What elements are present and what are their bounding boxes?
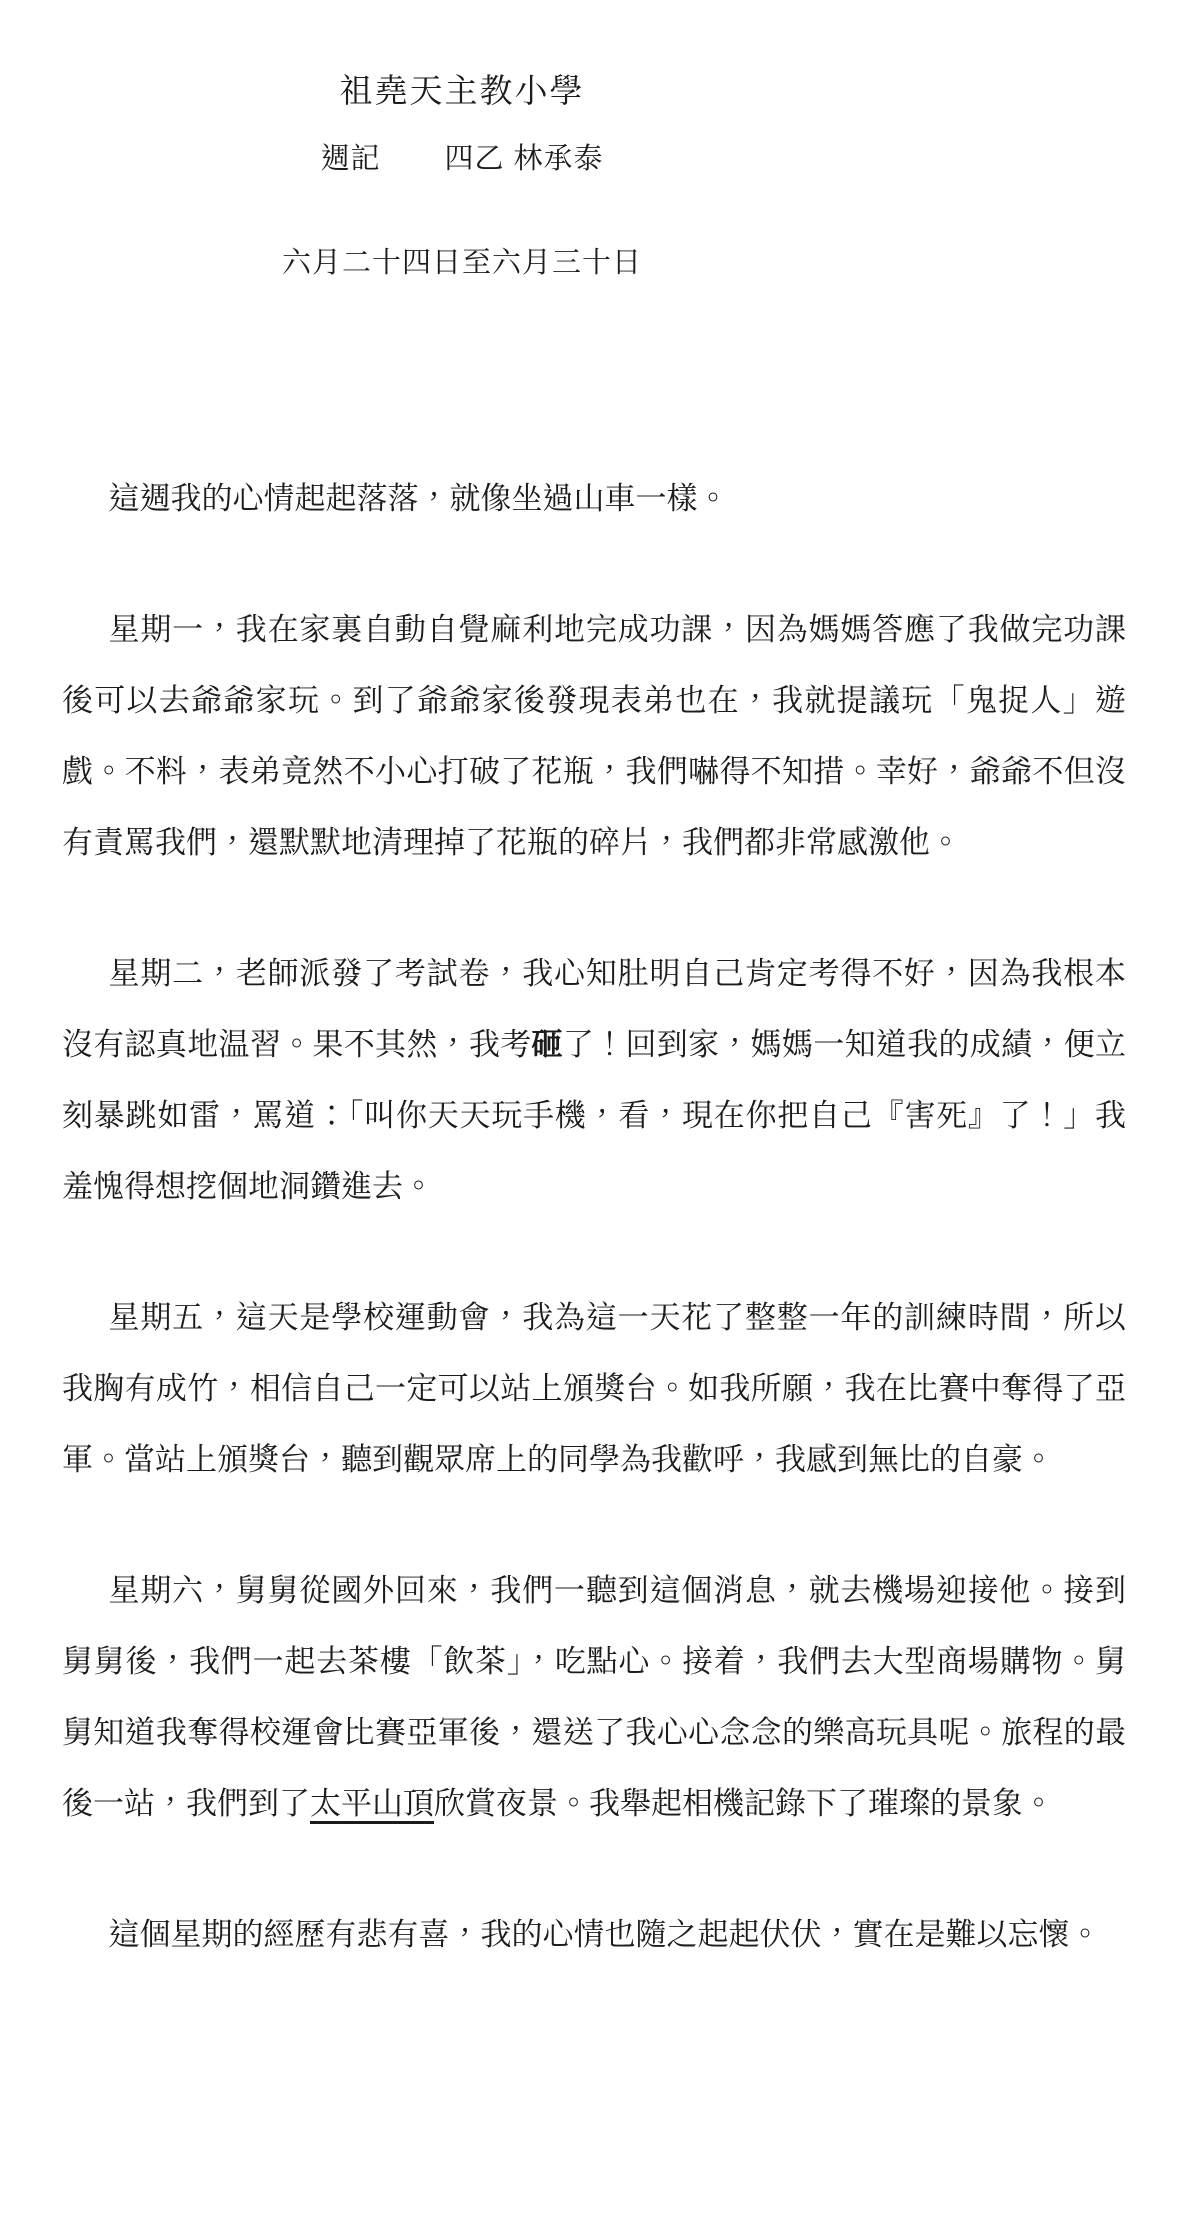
text-segment-underline: 太平山頂 — [310, 1786, 434, 1821]
journal-type-label: 週記 — [320, 141, 380, 179]
school-title: 祖堯天主教小學 — [62, 70, 862, 111]
text-segment: 這週我的心情起起落落，就像坐過山車一樣。 — [109, 481, 729, 516]
paragraph: 這週我的心情起起落落，就像坐過山車一樣。 — [62, 463, 1126, 534]
text-segment: 這個星期的經歷有悲有喜，我的心情也隨之起起伏伏，實在是難以忘懷。 — [109, 1917, 1101, 1952]
paragraph: 這個星期的經歷有悲有喜，我的心情也隨之起起伏伏，實在是難以忘懷。 — [62, 1899, 1126, 1970]
text-segment: 星期五，這天是學校運動會，我為這一天花了整整一年的訓練時間，所以我胸有成竹，相信… — [62, 1300, 1126, 1477]
text-segment: 欣賞夜景。我舉起相機記錄下了璀璨的景象。 — [434, 1786, 1054, 1821]
paragraph: 星期六，舅舅從國外回來，我們一聽到這個消息，就去機場迎接他。接到舅舅後，我們一起… — [62, 1555, 1126, 1839]
paragraph: 星期一，我在家裏自動自覺麻利地完成功課，因為媽媽答應了我做完功課後可以去爺爺家玩… — [62, 594, 1126, 878]
paragraph: 星期二，老師派發了考試卷，我心知肚明自己肯定考得不好，因為我根本沒有認真地温習。… — [62, 938, 1126, 1222]
class-student-name: 四乙 林承泰 — [444, 141, 603, 179]
paragraph: 星期五，這天是學校運動會，我為這一天花了整整一年的訓練時間，所以我胸有成竹，相信… — [62, 1282, 1126, 1495]
journal-meta-row: 週記 四乙 林承泰 — [62, 141, 862, 179]
text-segment: 星期六，舅舅從國外回來，我們一聽到這個消息，就去機場迎接他。接到舅舅後，我們一起… — [62, 1573, 1126, 1821]
date-range: 六月二十四日至六月三十日 — [62, 245, 862, 283]
document-header: 祖堯天主教小學 週記 四乙 林承泰 六月二十四日至六月三十日 — [62, 70, 862, 283]
text-segment: 星期一，我在家裏自動自覺麻利地完成功課，因為媽媽答應了我做完功課後可以去爺爺家玩… — [62, 612, 1126, 860]
document-body: 這週我的心情起起落落，就像坐過山車一樣。星期一，我在家裏自動自覺麻利地完成功課，… — [62, 463, 1126, 1970]
text-segment-bold: 砸 — [532, 1027, 563, 1062]
document-page: 祖堯天主教小學 週記 四乙 林承泰 六月二十四日至六月三十日 這週我的心情起起落… — [0, 0, 1188, 2232]
